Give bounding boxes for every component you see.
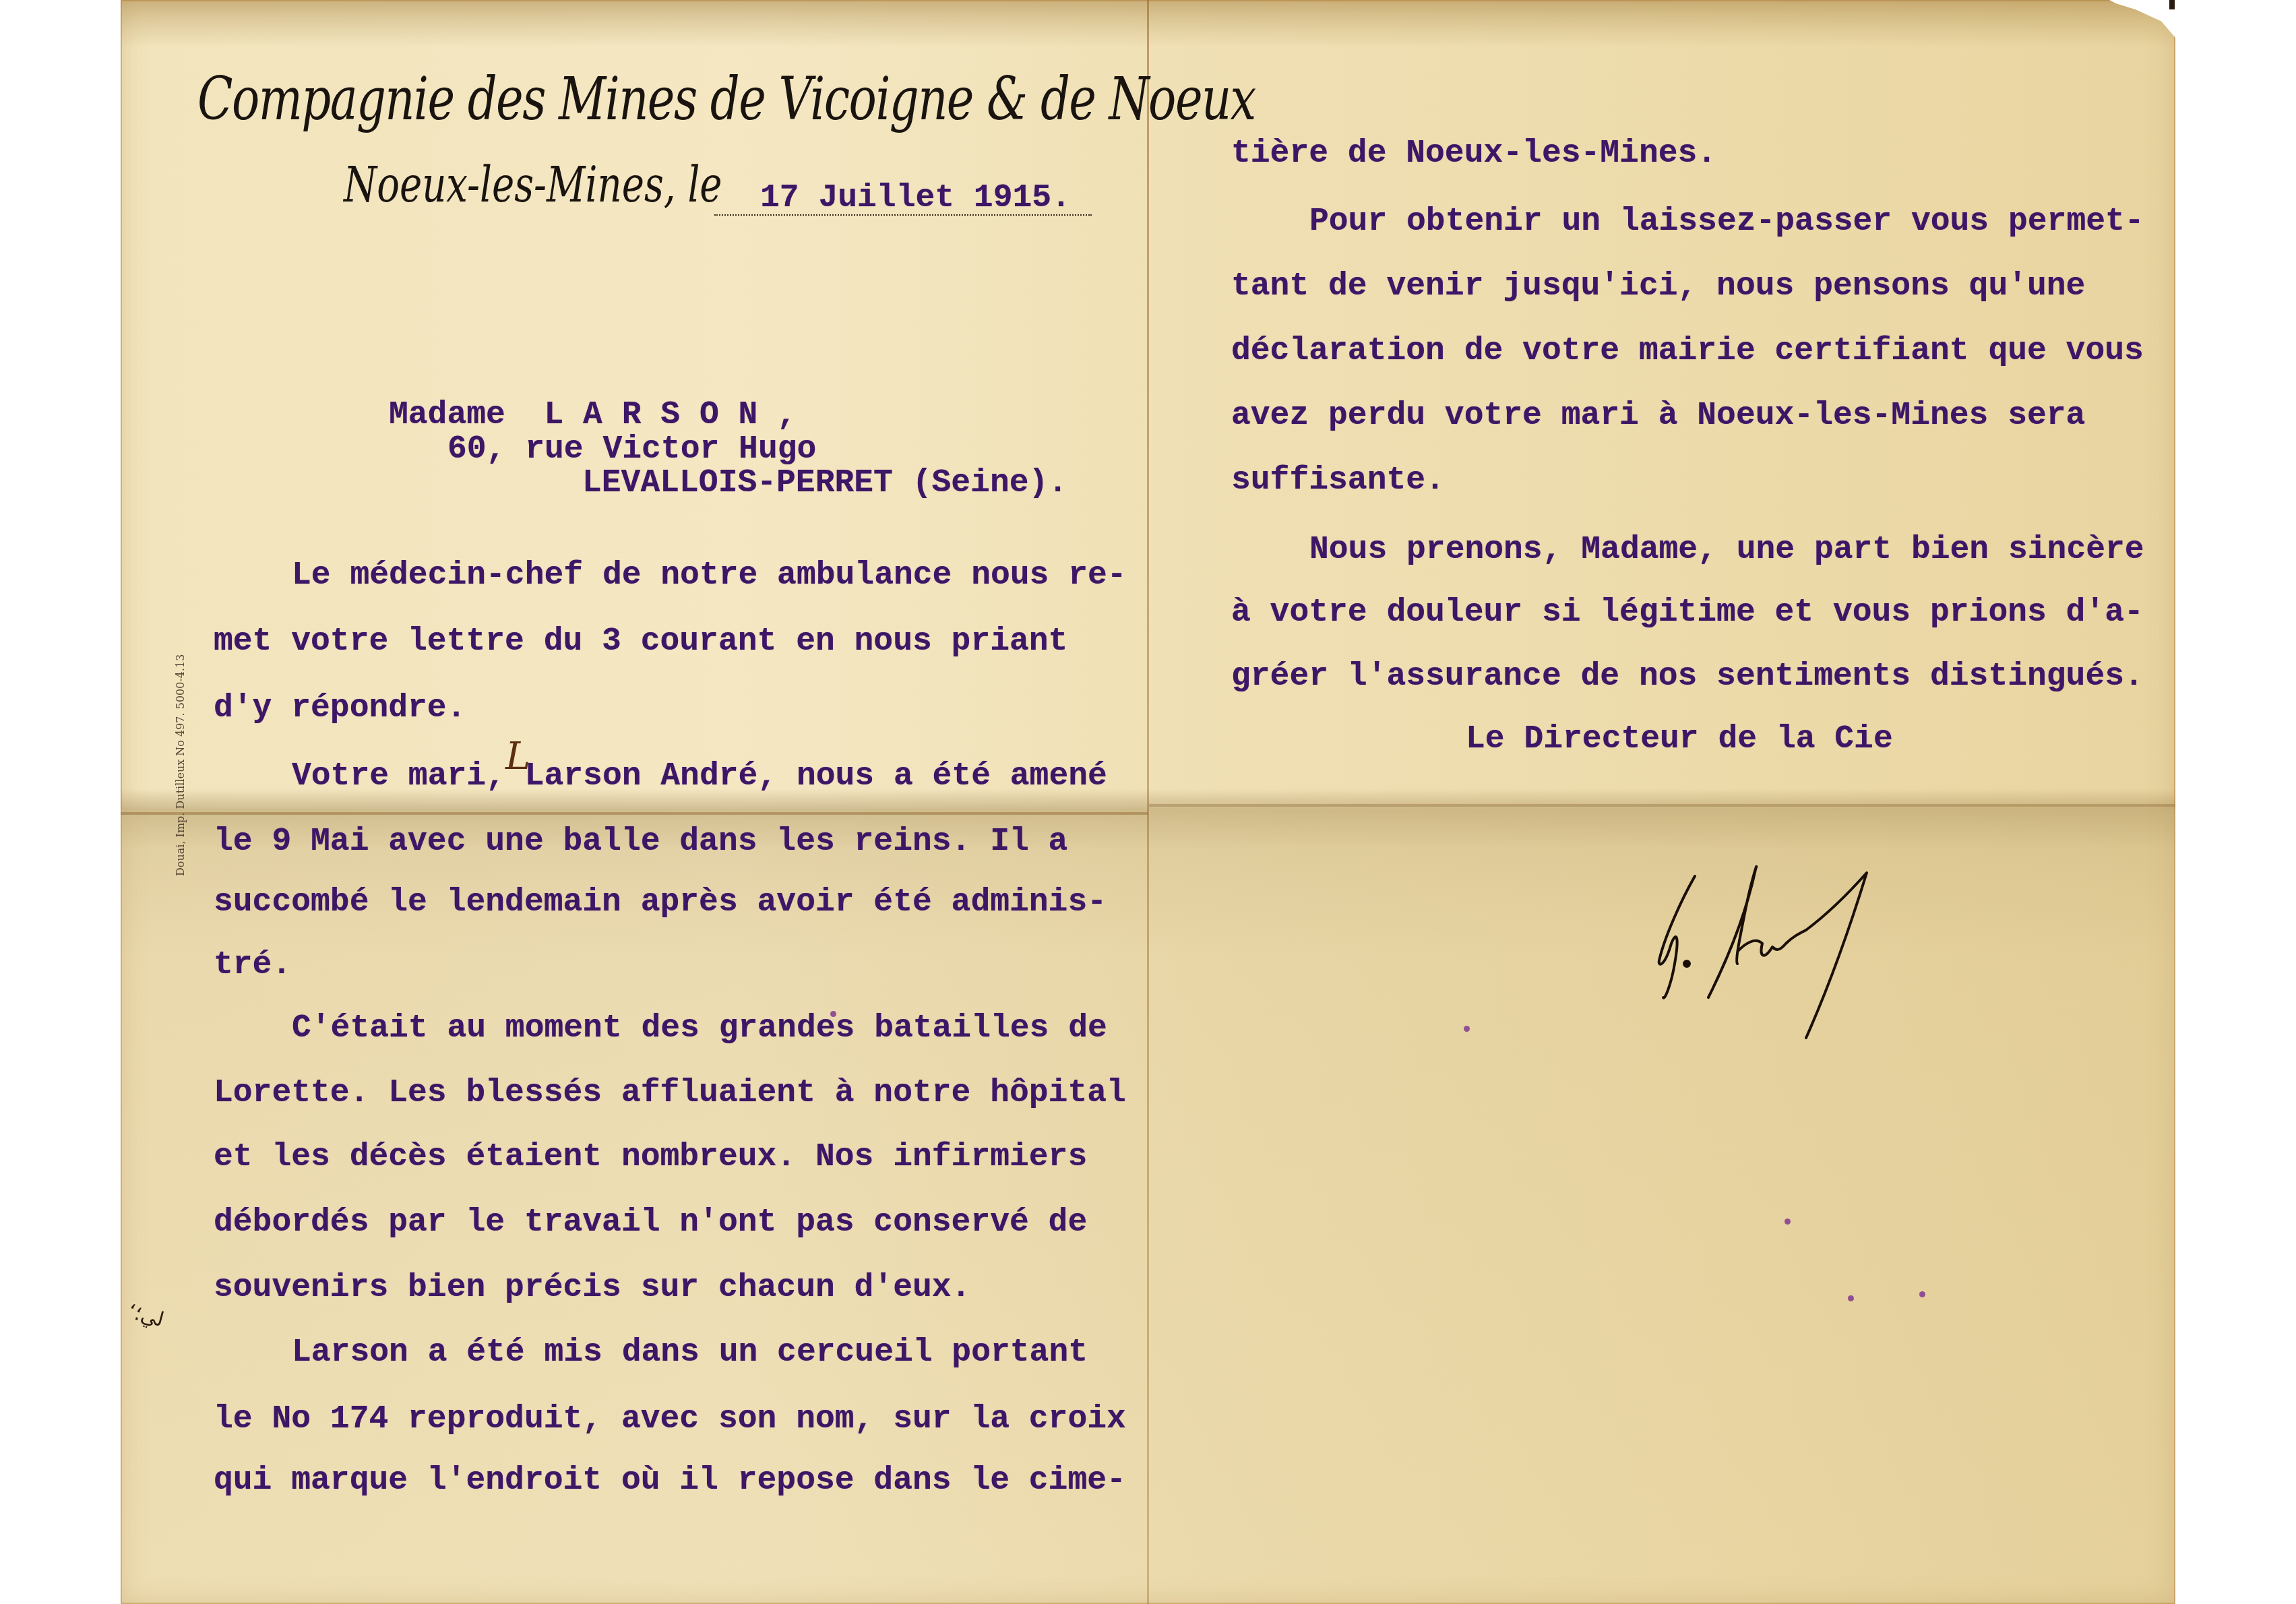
printer-mark: Douai, Imp. Dutilleux No 497. 5000-4.13: [174, 654, 187, 876]
body-line: Pour obtenir un laissez-passer vous perm…: [1309, 206, 2144, 238]
body-line: déclaration de votre mairie certifiant q…: [1231, 335, 2144, 367]
ink-spot: [1919, 1291, 1925, 1297]
ink-spot: [1785, 1219, 1791, 1225]
recipient-city: LEVALLOIS-PERRET (Seine).: [582, 467, 1067, 499]
vertical-fold: [1147, 0, 1149, 1604]
body-line: Lorette. Les blessés affluaient à notre …: [214, 1077, 1126, 1109]
body-line: qui marque l'endroit où il repose dans l…: [214, 1464, 1126, 1497]
letter-date: 17 Juillet 1915.: [760, 182, 1071, 214]
corner-shadow: [2169, 0, 2175, 9]
body-line: tière de Noeux-les-Mines.: [1231, 137, 1716, 170]
body-line: tré.: [214, 949, 291, 981]
body-line: débordés par le travail n'ont pas conser…: [214, 1206, 1087, 1239]
body-line: Votre mari, Larson André, nous a été ame…: [292, 760, 1107, 793]
ink-spot: [1464, 1026, 1470, 1032]
body-line: le 9 Mai avec une balle dans les reins. …: [214, 826, 1067, 858]
body-line: avez perdu votre mari à Noeux-les-Mines …: [1231, 400, 2085, 432]
body-line: à votre douleur si légitime et vous prio…: [1231, 596, 2144, 629]
body-line: d'y répondre.: [214, 692, 466, 724]
body-line: C'était au moment des grandes batailles …: [292, 1012, 1107, 1045]
ink-spot: [830, 1011, 836, 1017]
body-line: Le médecin-chef de notre ambulance nous …: [292, 559, 1127, 592]
body-line: et les décès étaient nombreux. Nos infir…: [214, 1141, 1087, 1173]
body-line: le No 174 reproduit, avec son nom, sur l…: [214, 1403, 1126, 1436]
horizontal-fold-left: [121, 812, 1148, 815]
horizontal-fold-right: [1149, 804, 2175, 807]
body-line: tant de venir jusqu'ici, nous pensons qu…: [1231, 270, 2085, 303]
handwritten-correction: L: [505, 735, 530, 778]
body-line: suffisante.: [1231, 464, 1445, 497]
closing-title: Le Directeur de la Cie: [1466, 723, 1893, 755]
letterhead-company: Compagnie des Mines de Vicoigne & de Noe…: [197, 64, 1255, 133]
body-line: Larson a été mis dans un cercueil portan…: [292, 1336, 1088, 1369]
body-line: succombé le lendemain après avoir été ad…: [214, 886, 1107, 919]
body-line: met votre lettre du 3 courant en nous pr…: [214, 625, 1067, 658]
recipient-name: Madame L A R S O N ,: [389, 399, 797, 431]
body-line: gréer l'assurance de nos sentiments dist…: [1231, 660, 2144, 693]
recipient-street: 60, rue Victor Hugo: [447, 433, 816, 466]
body-line: souvenirs bien précis sur chacun d'eux.: [214, 1272, 970, 1304]
letterhead-place: Noeux-les-Mines, le: [344, 156, 722, 213]
ink-spot: [1848, 1295, 1854, 1301]
director-signature: [1644, 836, 1927, 1051]
body-line: Nous prenons, Madame, une part bien sinc…: [1309, 534, 2144, 566]
